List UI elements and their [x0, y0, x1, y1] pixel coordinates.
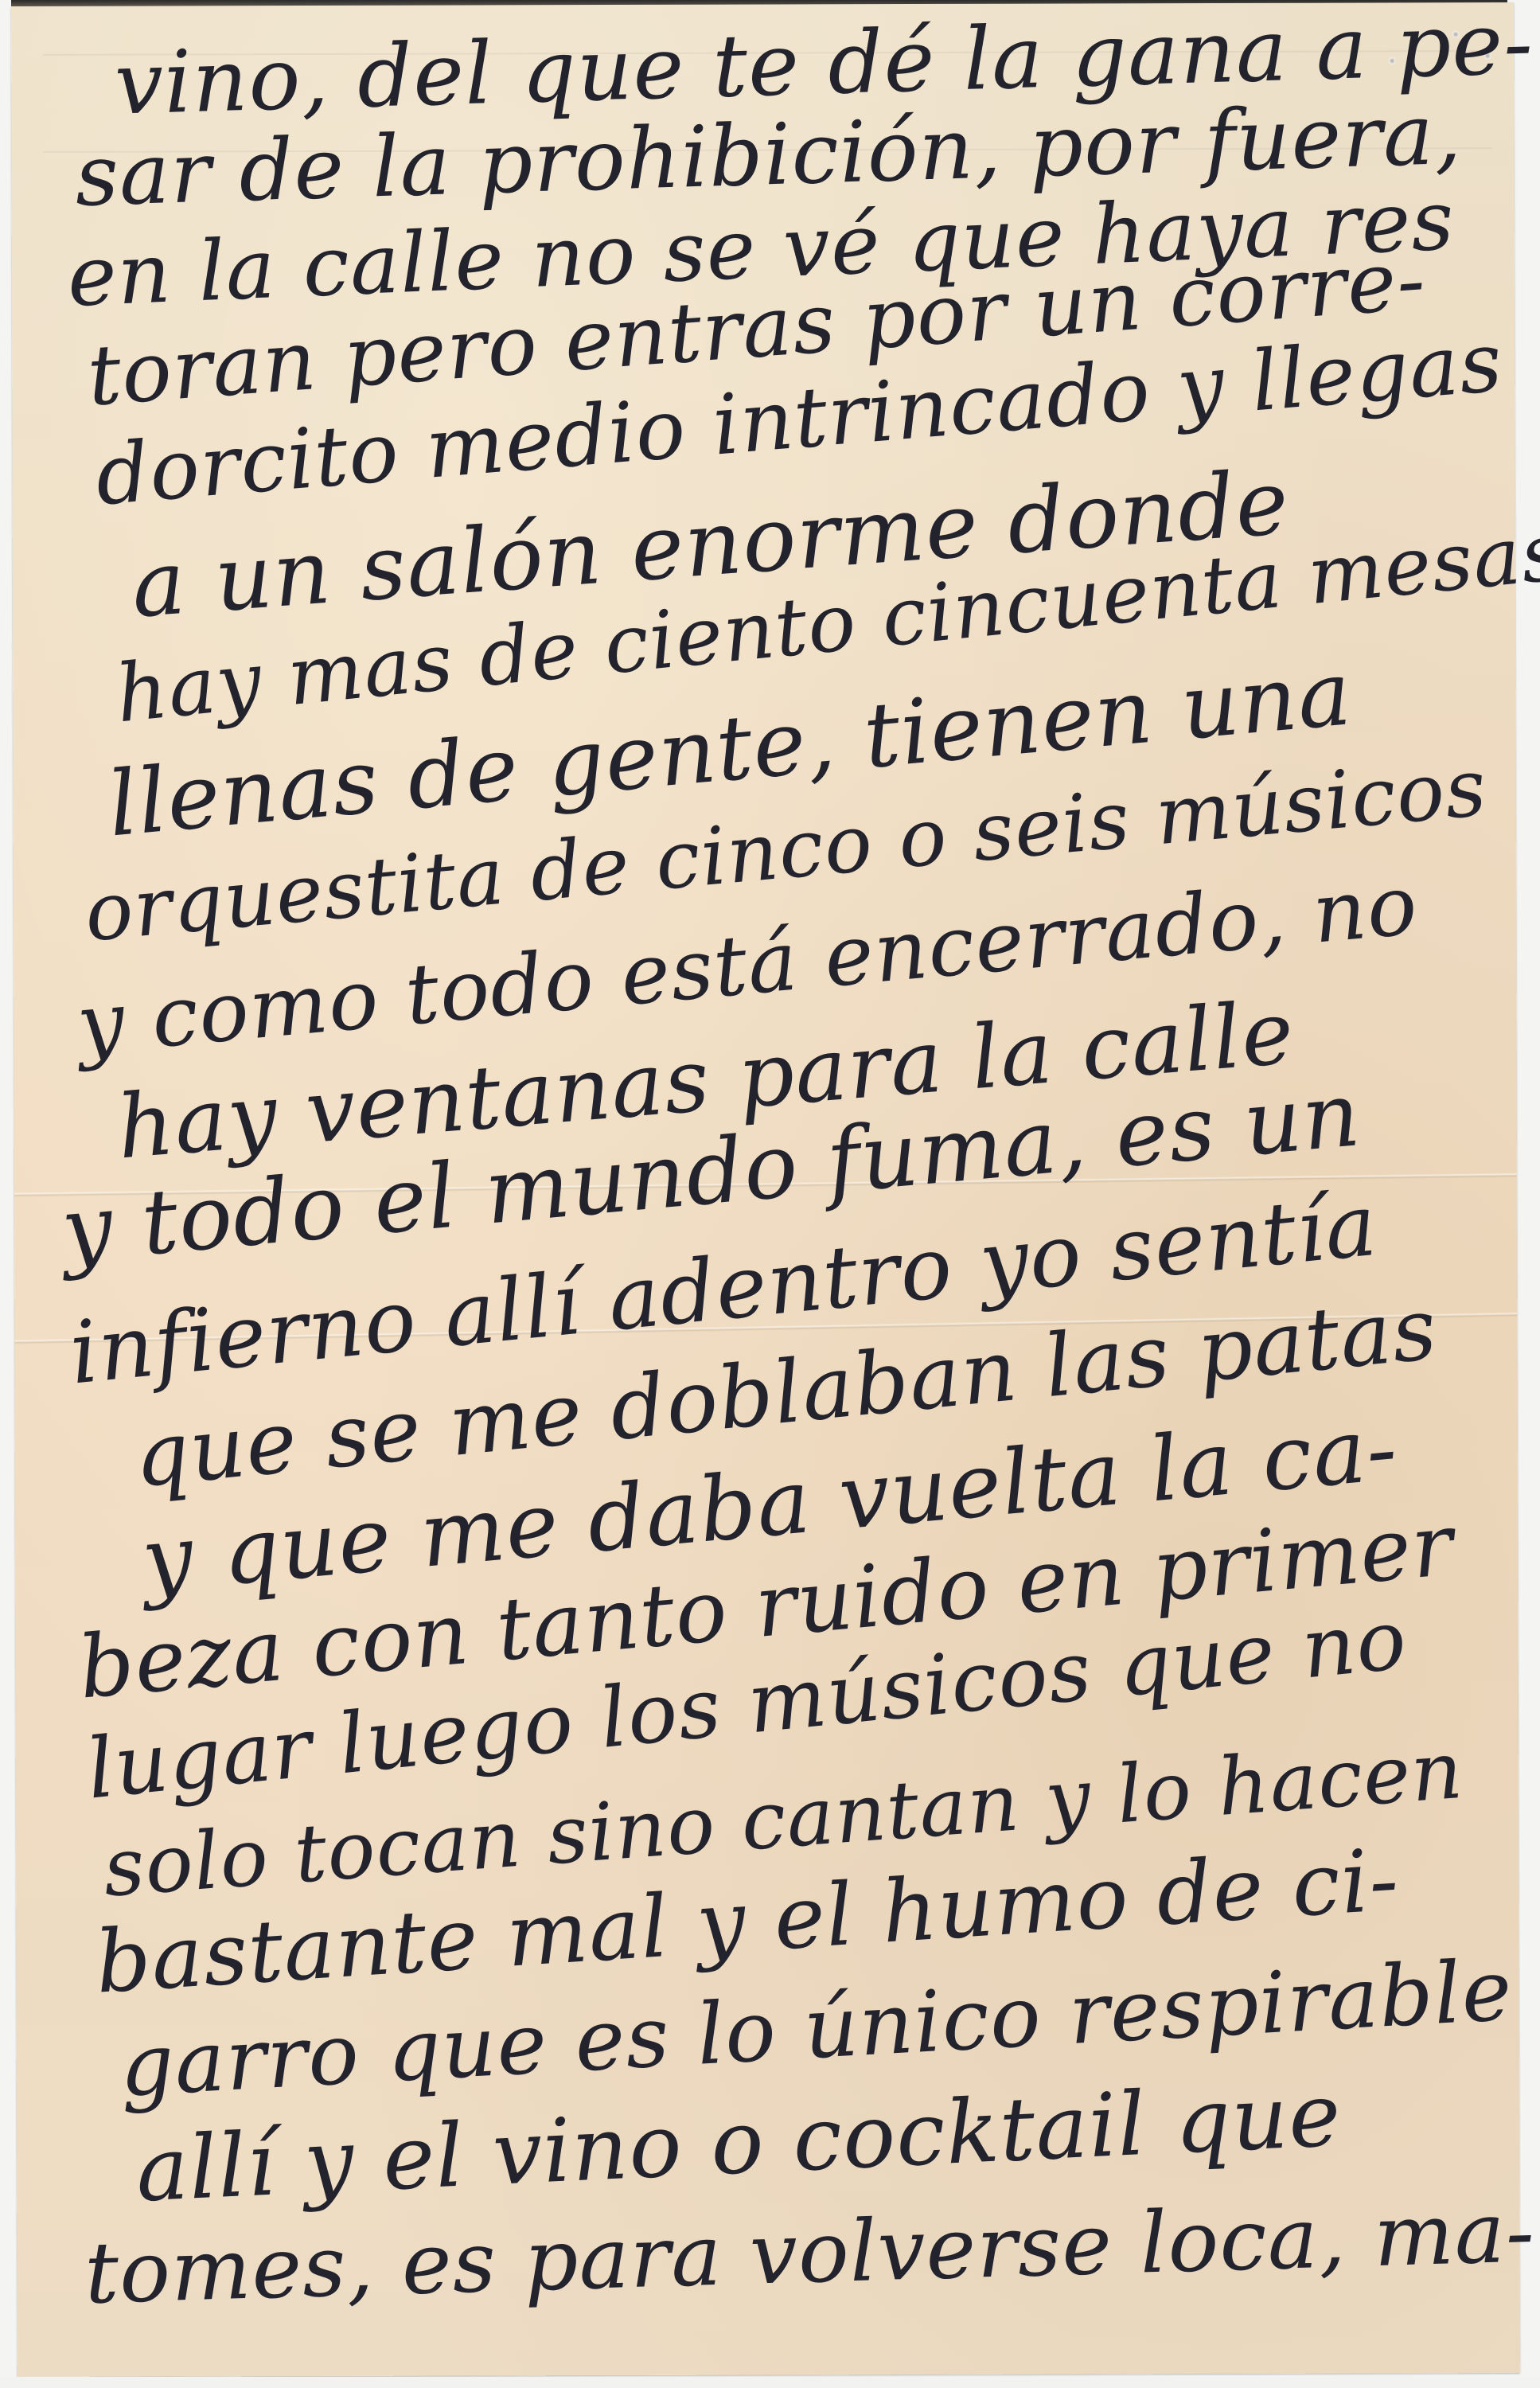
scanned-letter-page: vino, del que te dé la gana a pe- sar de…: [0, 0, 1540, 2388]
scanner-background: [0, 2377, 1540, 2388]
letter-paper-sheet: vino, del que te dé la gana a pe- sar de…: [11, 2, 1520, 2377]
